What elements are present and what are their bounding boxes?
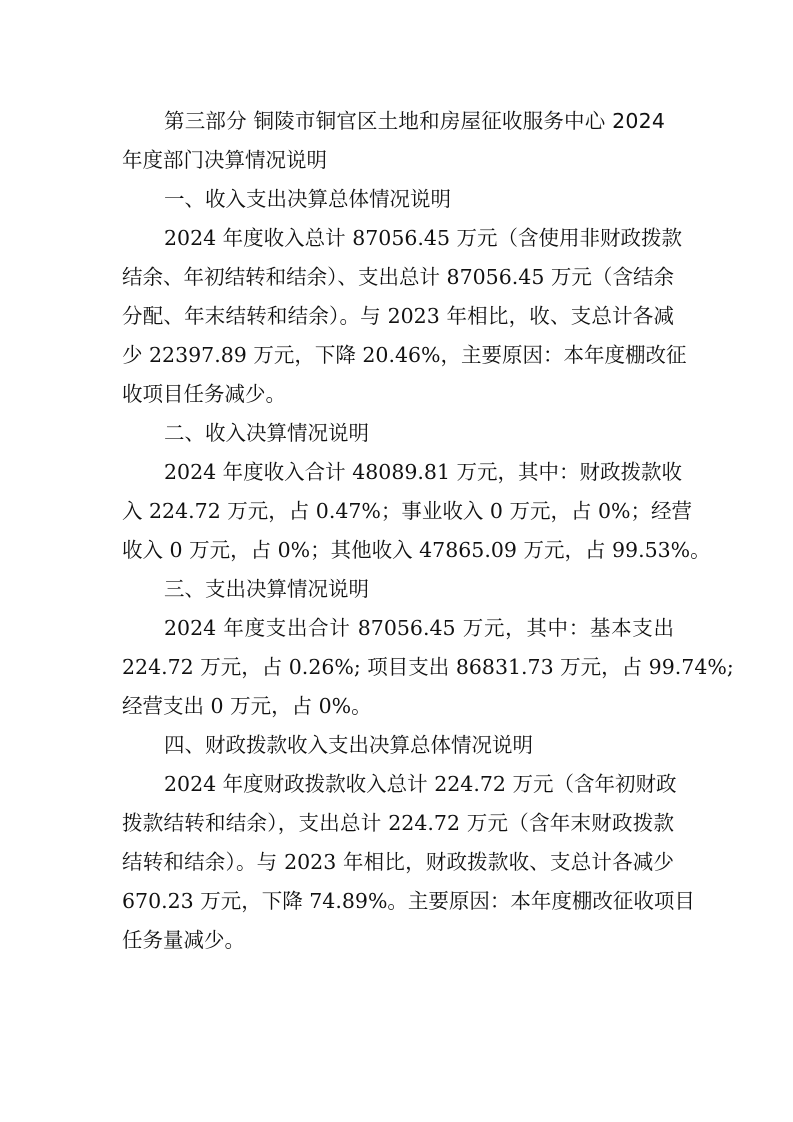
section-heading: 一、收入支出决算总体情况说明 [122,180,674,219]
paragraph-line: 2024 年度收入合计 48089.81 万元，其中：财政拨款收 [122,453,674,492]
paragraph-line: 670.23 万元，下降 74.89%。主要原因：本年度棚改征收项目 [122,882,674,921]
title-line-1: 第三部分 铜陵市铜官区土地和房屋征收服务中心 2024 [122,102,674,141]
paragraph-line: 2024 年度支出合计 87056.45 万元，其中：基本支出 [122,609,674,648]
section-heading: 二、收入决算情况说明 [122,414,674,453]
title-line-2: 年度部门决算情况说明 [122,141,674,180]
paragraph-line: 结转和结余）。与 2023 年相比，财政拨款收、支总计各减少 [122,843,674,882]
paragraph-line: 入 224.72 万元，占 0.47%；事业收入 0 万元，占 0%；经营 [122,492,674,531]
paragraph-line: 少 22397.89 万元，下降 20.46%，主要原因：本年度棚改征 [122,336,674,375]
paragraph-line: 224.72 万元，占 0.26%; 项目支出 86831.73 万元，占 99… [122,648,674,687]
document-page: 第三部分 铜陵市铜官区土地和房屋征收服务中心 2024 年度部门决算情况说明 一… [122,102,674,960]
section-overall: 一、收入支出决算总体情况说明 2024 年度收入总计 87056.45 万元（含… [122,180,674,414]
paragraph-line: 经营支出 0 万元，占 0%。 [122,687,674,726]
paragraph-line: 2024 年度财政拨款收入总计 224.72 万元（含年初财政 [122,765,674,804]
paragraph-line: 收入 0 万元，占 0%；其他收入 47865.09 万元，占 99.53%。 [122,531,674,570]
paragraph-line: 任务量减少。 [122,921,674,960]
document-title: 第三部分 铜陵市铜官区土地和房屋征收服务中心 2024 年度部门决算情况说明 [122,102,674,180]
paragraph-line: 2024 年度收入总计 87056.45 万元（含使用非财政拨款 [122,219,674,258]
paragraph-line: 分配、年末结转和结余）。与 2023 年相比，收、支总计各减 [122,297,674,336]
section-expenditure: 三、支出决算情况说明 2024 年度支出合计 87056.45 万元，其中：基本… [122,570,674,726]
section-heading: 四、财政拨款收入支出决算总体情况说明 [122,726,674,765]
paragraph-line: 结余、年初结转和结余）、支出总计 87056.45 万元（含结余 [122,258,674,297]
section-fiscal-appropriation: 四、财政拨款收入支出决算总体情况说明 2024 年度财政拨款收入总计 224.7… [122,726,674,960]
section-income: 二、收入决算情况说明 2024 年度收入合计 48089.81 万元，其中：财政… [122,414,674,570]
section-heading: 三、支出决算情况说明 [122,570,674,609]
paragraph-line: 收项目任务减少。 [122,375,674,414]
paragraph-line: 拨款结转和结余），支出总计 224.72 万元（含年末财政拨款 [122,804,674,843]
